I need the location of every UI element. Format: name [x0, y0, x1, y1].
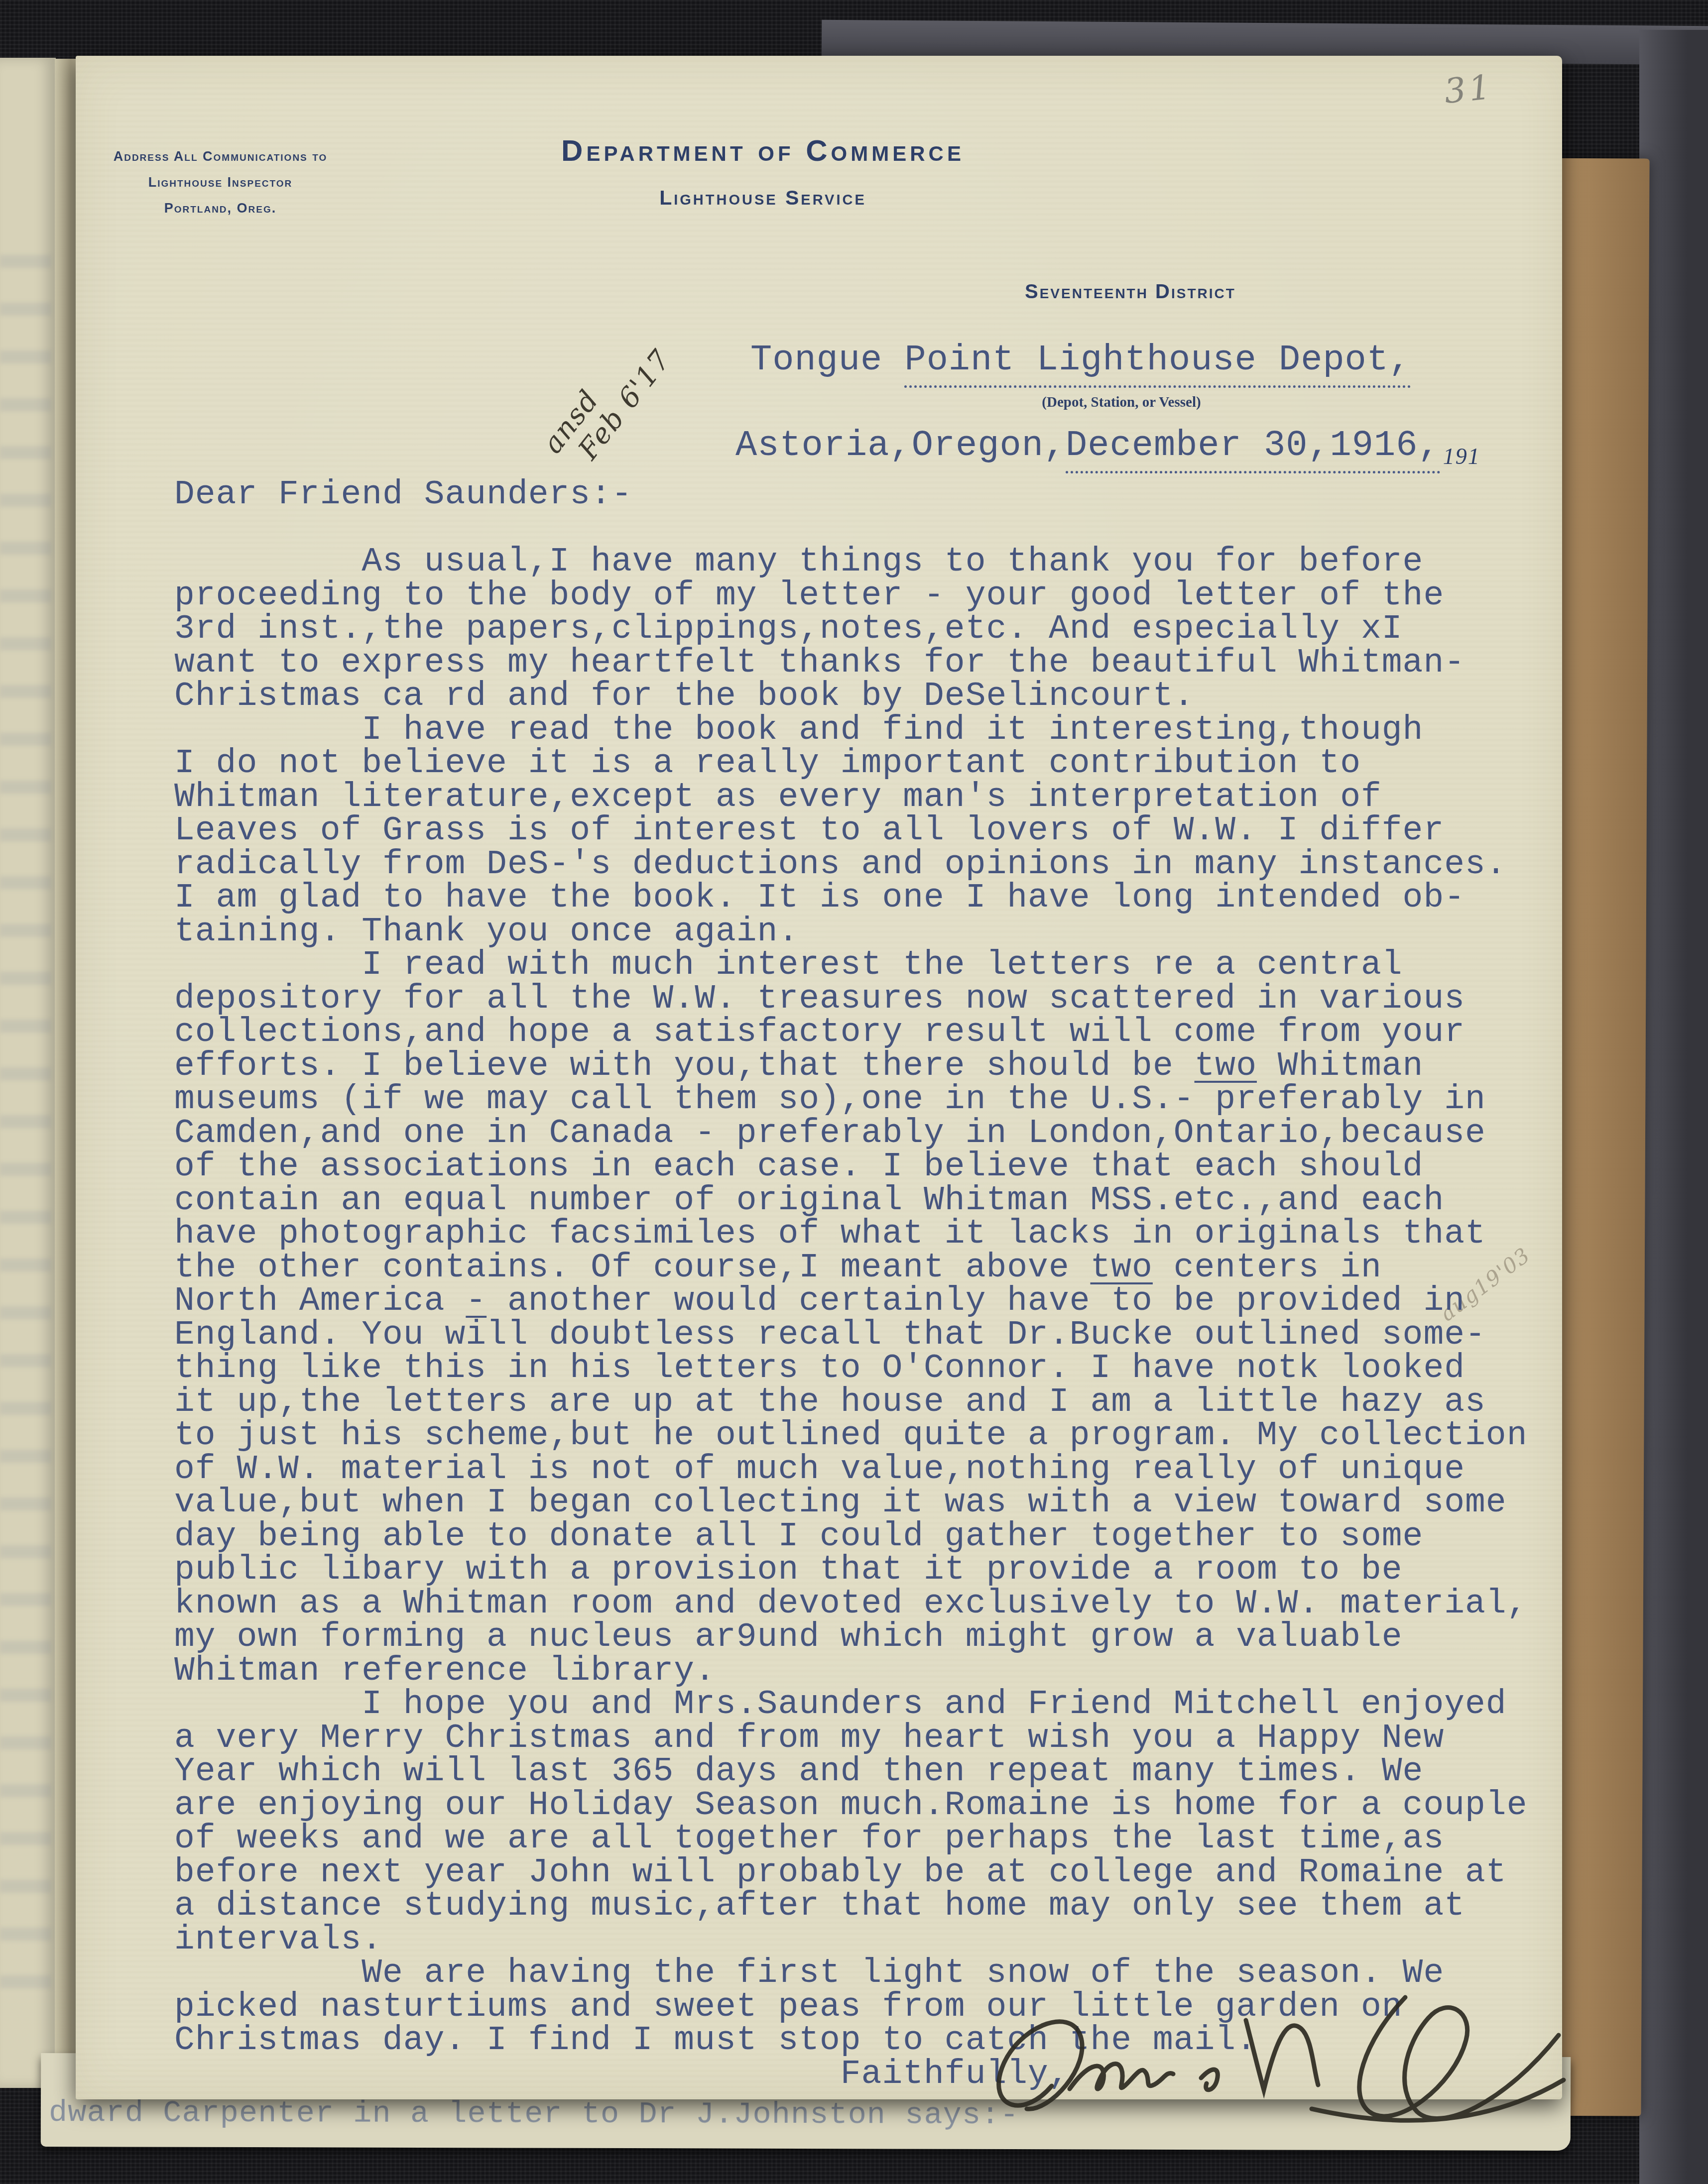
body-line: Whitman reference library. — [174, 1654, 1549, 1688]
date-line: Astoria,Oregon,December 30,1916,191 — [735, 425, 1480, 469]
album-scan: { "colors": { "paper": "#e1ddc5", "typed… — [0, 0, 1708, 2184]
letterhead-address-block: Address All Communications to Lighthouse… — [85, 143, 356, 221]
album-cover-edge-right — [1639, 30, 1708, 2184]
body-line: to just his scheme,but he outlined quite… — [174, 1419, 1549, 1453]
body-line: of W.W. material is not of much value,no… — [174, 1453, 1549, 1487]
body-line: value,but when I began collecting it was… — [174, 1486, 1549, 1520]
body-line: collections,and hope a satisfactory resu… — [174, 1016, 1549, 1049]
date-place-prefix: Astoria,Oregon, — [735, 425, 1066, 466]
body-line: are enjoying our Holiday Season much.Rom… — [174, 1789, 1549, 1823]
body-line: have photographic facsimiles of what it … — [174, 1217, 1549, 1251]
letterhead-department-title: Department of Commerce — [498, 133, 1028, 168]
body-line: taining. Thank you once again. — [174, 915, 1549, 949]
body-line: proceeding to the body of my letter - yo… — [174, 579, 1549, 613]
body-line: I have read the book and find it interes… — [174, 713, 1549, 747]
body-line: intervals. — [174, 1923, 1549, 1957]
body-line: a very Merry Christmas and from my heart… — [174, 1722, 1549, 1755]
body-line: a distance studying music,after that hom… — [174, 1889, 1549, 1923]
body-line: thing like this in his letters to O'Conn… — [174, 1352, 1549, 1385]
body-line: Year which will last 365 days and then r… — [174, 1755, 1549, 1789]
signature-stroke — [999, 1997, 1564, 2120]
body-line: Christmas ca rd and for the book by DeSe… — [174, 680, 1549, 713]
body-line: efforts. I believe with you,that there s… — [174, 1049, 1549, 1083]
body-line: before next year John will probably be a… — [174, 1856, 1549, 1890]
letter-page: Address All Communications to Lighthouse… — [76, 56, 1562, 2099]
letterhead-district: Seventeenth District — [1025, 281, 1304, 303]
printed-year-stub: 191 — [1440, 444, 1480, 469]
body-line: I do not believe it is a really importan… — [174, 747, 1549, 781]
body-line: I read with much interest the letters re… — [174, 948, 1549, 982]
station-name-on-form-line: Point Lighthouse Depot, — [904, 340, 1411, 388]
body-line: my own forming a nucleus ar9und which mi… — [174, 1620, 1549, 1654]
next-page-peek-text: dward Carpenter in a letter to Dr J.John… — [49, 2095, 1019, 2133]
letterhead-address-line: Portland, Oreg. — [85, 195, 356, 221]
body-line: I am glad to have the book. It is one I … — [174, 881, 1549, 915]
body-line: the other contains. Of course,I meant ab… — [174, 1251, 1549, 1285]
date-on-form-line: December 30,1916, — [1066, 425, 1440, 473]
body-line: museums (if we may call them so),one in … — [174, 1083, 1549, 1117]
body-line: I hope you and Mrs.Saunders and Friend M… — [174, 1688, 1549, 1722]
body-line: day being able to donate all I could gat… — [174, 1520, 1549, 1554]
station-line: Tongue Point Lighthouse Depot, — [750, 340, 1411, 380]
body-line: As usual,I have many things to thank you… — [174, 545, 1549, 579]
signature — [967, 1961, 1594, 2151]
body-line: of the associations in each case. I beli… — [174, 1150, 1549, 1184]
body-line: Camden,and one in Canada - preferably in… — [174, 1117, 1549, 1150]
body-line: want to express my heartfelt thanks for … — [174, 646, 1549, 680]
body-line: 3rd inst.,the papers,clippings,notes,etc… — [174, 612, 1549, 646]
body-line: known as a Whitman room and devoted excl… — [174, 1587, 1549, 1621]
body-line: Dear Friend Saunders:- — [174, 478, 1549, 512]
body-line: radically from DeS-'s deductions and opi… — [174, 848, 1549, 882]
body-line: Leaves of Grass is of interest to all lo… — [174, 814, 1549, 848]
body-line: Whitman literature,except as every man's… — [174, 781, 1549, 814]
form-caption: (Depot, Station, or Vessel) — [982, 394, 1261, 411]
letterhead-address-line: Address All Communications to — [85, 143, 356, 169]
body-line: England. You will doubtless recall that … — [174, 1318, 1549, 1352]
body-line: contain an equal number of original Whit… — [174, 1184, 1549, 1218]
previous-page-edge — [0, 58, 56, 2088]
body-text: Dear Friend Saunders:- As usual,I have m… — [174, 478, 1549, 2091]
letterhead-service-subtitle: Lighthouse Service — [618, 186, 907, 210]
letterhead-address-line: Lighthouse Inspector — [85, 169, 356, 195]
pencil-page-number: 31 — [1442, 61, 1555, 112]
body-line: it up,the letters are up at the house an… — [174, 1385, 1549, 1419]
station-prefix: Tongue — [750, 340, 904, 380]
body-line: public libary with a provision that it p… — [174, 1553, 1549, 1587]
body-line: of weeks and we are all together for per… — [174, 1822, 1549, 1856]
body-line — [174, 512, 1549, 546]
body-line: North America - another would certainly … — [174, 1284, 1549, 1318]
body-line: depository for all the W.W. treasures no… — [174, 982, 1549, 1016]
